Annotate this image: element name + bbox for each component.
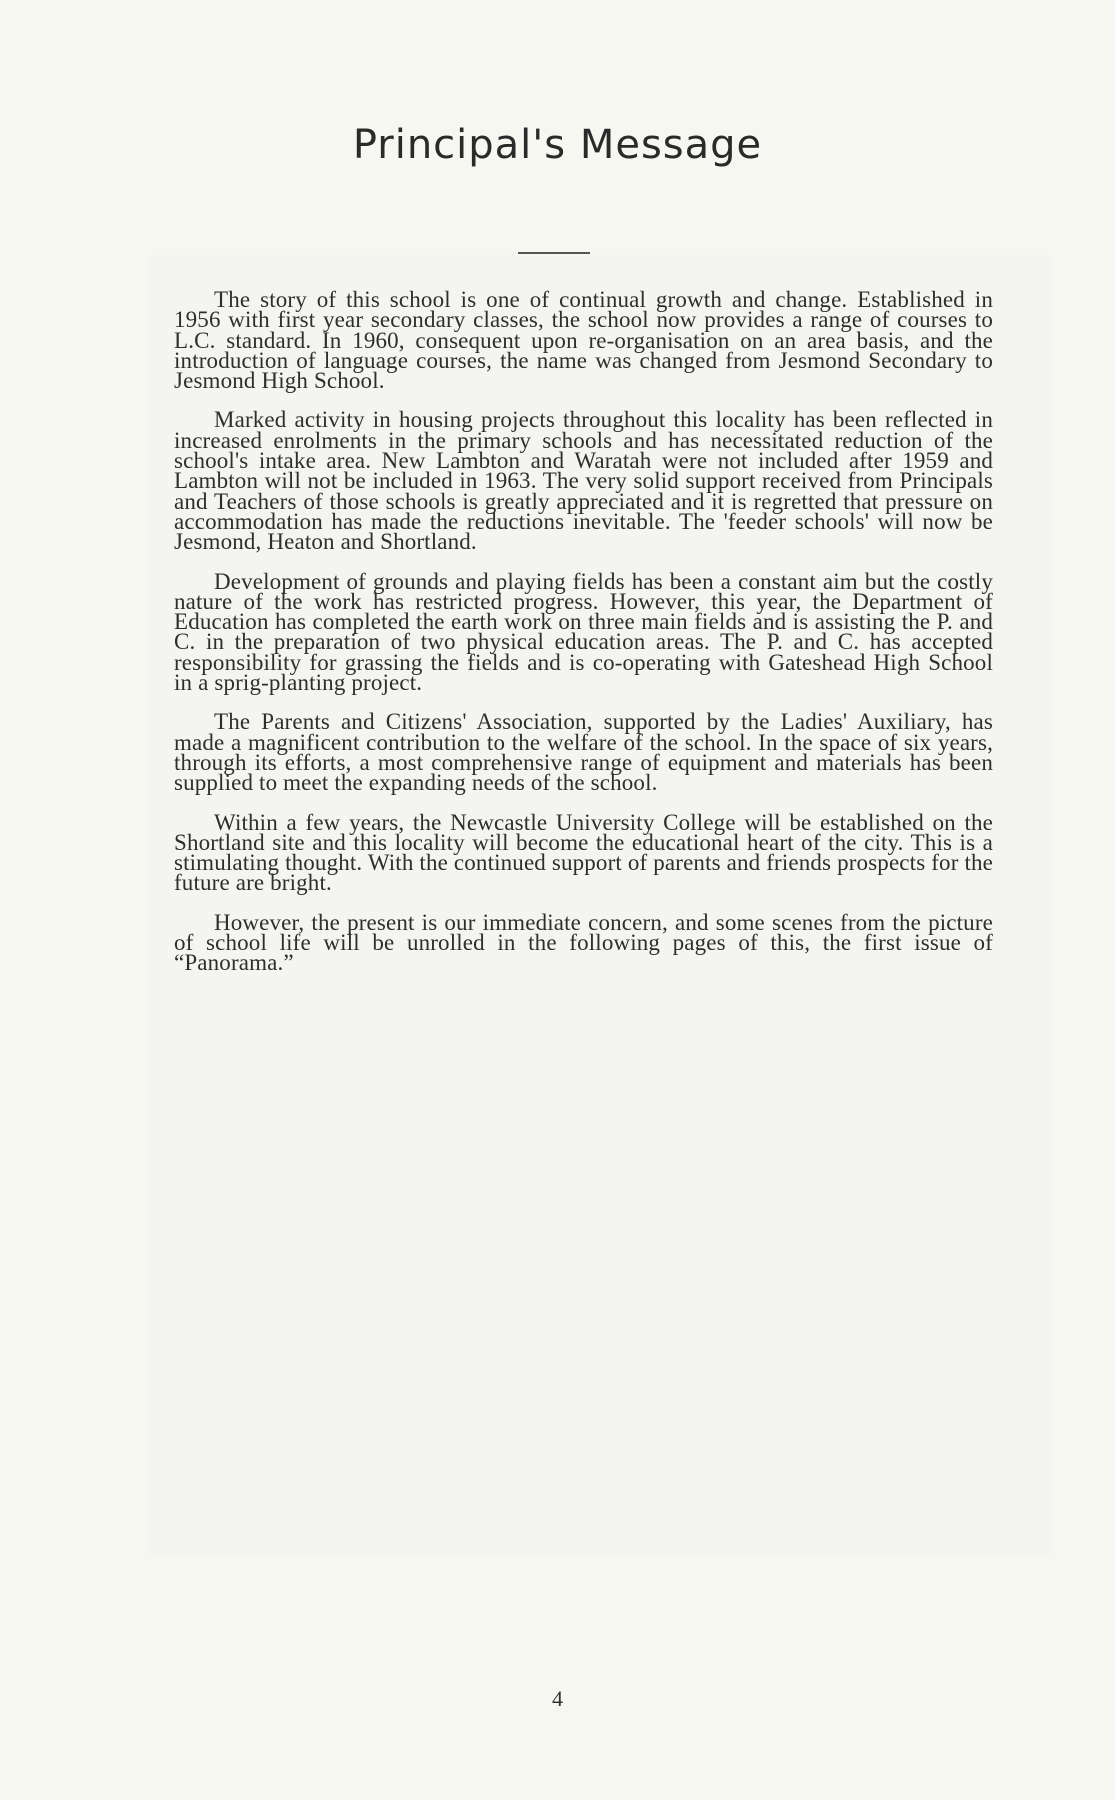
paragraph-university: Within a few years, the Newcastle Univer… [174, 813, 993, 894]
message-body: The story of this school is one of conti… [174, 290, 993, 993]
page-number: 4 [0, 1686, 1115, 1712]
paragraph-parents-citizens: The Parents and Citizens' Association, s… [174, 712, 993, 793]
title-divider [518, 252, 590, 254]
paragraph-enrolments: Marked activity in housing projects thro… [174, 410, 993, 552]
paragraph-panorama: However, the present is our immediate co… [174, 913, 993, 974]
page-title: Principal's Message [0, 122, 1115, 168]
paragraph-grounds: Development of grounds and playing field… [174, 572, 993, 694]
paragraph-history: The story of this school is one of conti… [174, 290, 993, 391]
